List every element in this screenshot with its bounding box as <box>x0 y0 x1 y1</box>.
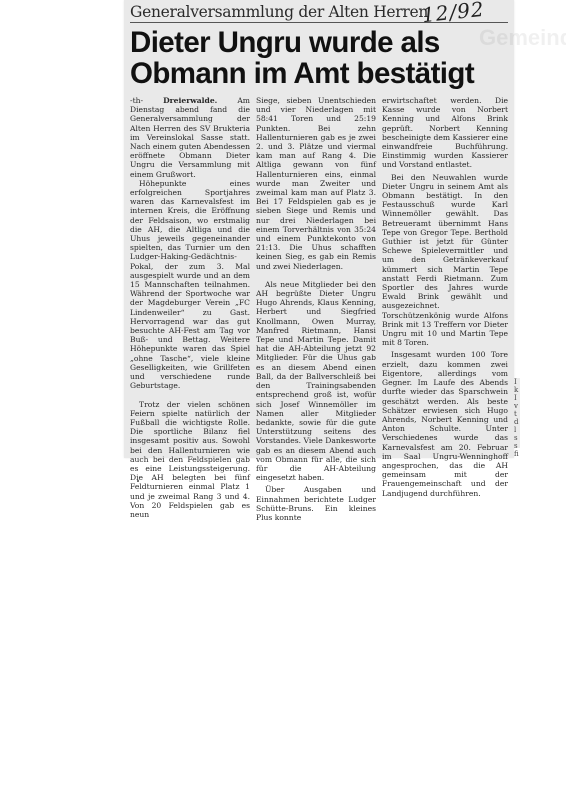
headline-line-1: Dieter Ungru wurde als <box>130 26 440 59</box>
fragment-char: I <box>514 378 520 386</box>
paragraph: Über Ausgaben und Einnahmen berichtete L… <box>256 485 376 522</box>
adjacent-column-fragment: I k I v t d l s s fi <box>514 378 520 448</box>
fragment-char: fi <box>514 450 520 458</box>
fragment-char: l <box>514 426 520 434</box>
fragment-char: k <box>514 386 520 394</box>
paragraph: Als neue Mitglieder bei den AH begrüßte … <box>256 280 376 482</box>
article-column-2: Siege, sieben Unentschieden und vier Nie… <box>256 96 376 522</box>
fragment-char: s <box>514 442 520 450</box>
handwritten-date: 12/92 <box>421 0 486 27</box>
headline: Dieter Ungru wurde als Obmann im Amt bes… <box>130 27 510 89</box>
paragraph: Siege, sieben Unentschieden und vier Nie… <box>256 96 376 271</box>
paragraph: Bei den Neuwahlen wurde Dieter Ungru in … <box>382 173 508 348</box>
article-body: -th- Dreierwalde. Am Dienstag abend fand… <box>130 96 512 452</box>
scan-speck <box>137 480 139 482</box>
fragment-char: I <box>514 394 520 402</box>
dateline: Dreierwalde. <box>163 96 217 105</box>
article-column-3: erwirtschaftet werden. Die Kasse wurde v… <box>382 96 508 498</box>
fragment-char: t <box>514 410 520 418</box>
fragment-char: s <box>514 434 520 442</box>
headline-line-2: Obmann im Amt bestätigt <box>130 57 474 90</box>
byline: -th- <box>130 96 143 105</box>
paragraph: Höhepunkte eines erfolgreichen Sportjahr… <box>130 179 250 391</box>
kicker-title: Generalversammlung der Alten Herren <box>130 3 428 21</box>
paragraph-text: Am Dienstag abend fand die Generalversam… <box>130 96 250 179</box>
paragraph: erwirtschaftet werden. Die Kasse wurde v… <box>382 96 508 170</box>
paragraph: Insgesamt wurden 100 Tore erzielt, dazu … <box>382 350 508 497</box>
newspaper-clipping: Gemeinde Generalversammlung der Alten He… <box>124 0 514 458</box>
article-column-1: -th- Dreierwalde. Am Dienstag abend fand… <box>130 96 250 519</box>
paragraph: Trotz der vielen schönen Feiern spielte … <box>130 400 250 520</box>
fragment-char: d <box>514 418 520 426</box>
kicker-row: Generalversammlung der Alten Herren 12/9… <box>130 2 508 23</box>
fragment-char: v <box>514 402 520 410</box>
lead-paragraph: -th- Dreierwalde. Am Dienstag abend fand… <box>130 96 250 179</box>
